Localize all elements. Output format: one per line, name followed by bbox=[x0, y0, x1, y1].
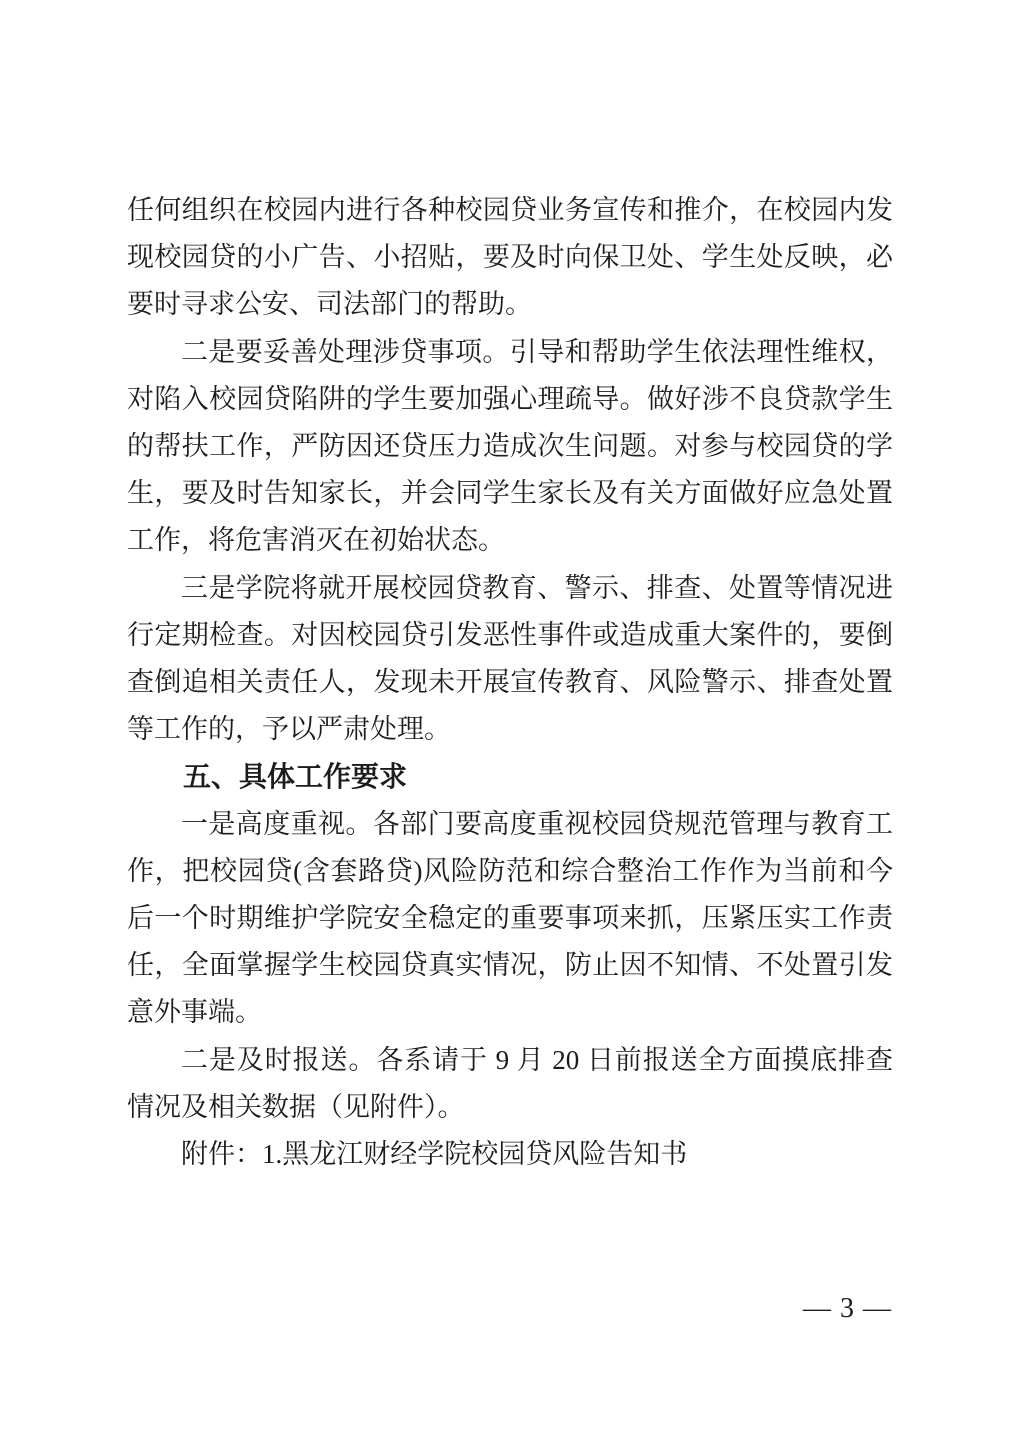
attachment-line: 附件：1.黑龙江财经学院校园贷风险告知书 bbox=[127, 1131, 893, 1178]
document-page: 任何组织在校园内进行各种校园贷业务宣传和推介，在校园内发现校园贷的小广告、小招贴… bbox=[0, 0, 1024, 1447]
paragraph-5: 二是及时报送。各系请于 9 月 20 日前报送全方面摸底排查情况及相关数据（见附… bbox=[127, 1037, 893, 1131]
section-heading: 五、具体工作要求 bbox=[127, 753, 893, 800]
paragraph-3: 三是学院将就开展校园贷教育、警示、排查、处置等情况进行定期检查。对因校园贷引发恶… bbox=[127, 565, 893, 754]
text-block: 任何组织在校园内进行各种校园贷业务宣传和推介，在校园内发现校园贷的小广告、小招贴… bbox=[127, 187, 893, 1178]
page-number: — 3 — bbox=[803, 1293, 892, 1325]
paragraph-continuation: 任何组织在校园内进行各种校园贷业务宣传和推介，在校园内发现校园贷的小广告、小招贴… bbox=[127, 187, 893, 329]
paragraph-4: 一是高度重视。各部门要高度重视校园贷规范管理与教育工作，把校园贷(含套路贷)风险… bbox=[127, 801, 893, 1037]
paragraph-2: 二是要妥善处理涉贷事项。引导和帮助学生依法理性维权，对陷入校园贷陷阱的学生要加强… bbox=[127, 329, 893, 565]
